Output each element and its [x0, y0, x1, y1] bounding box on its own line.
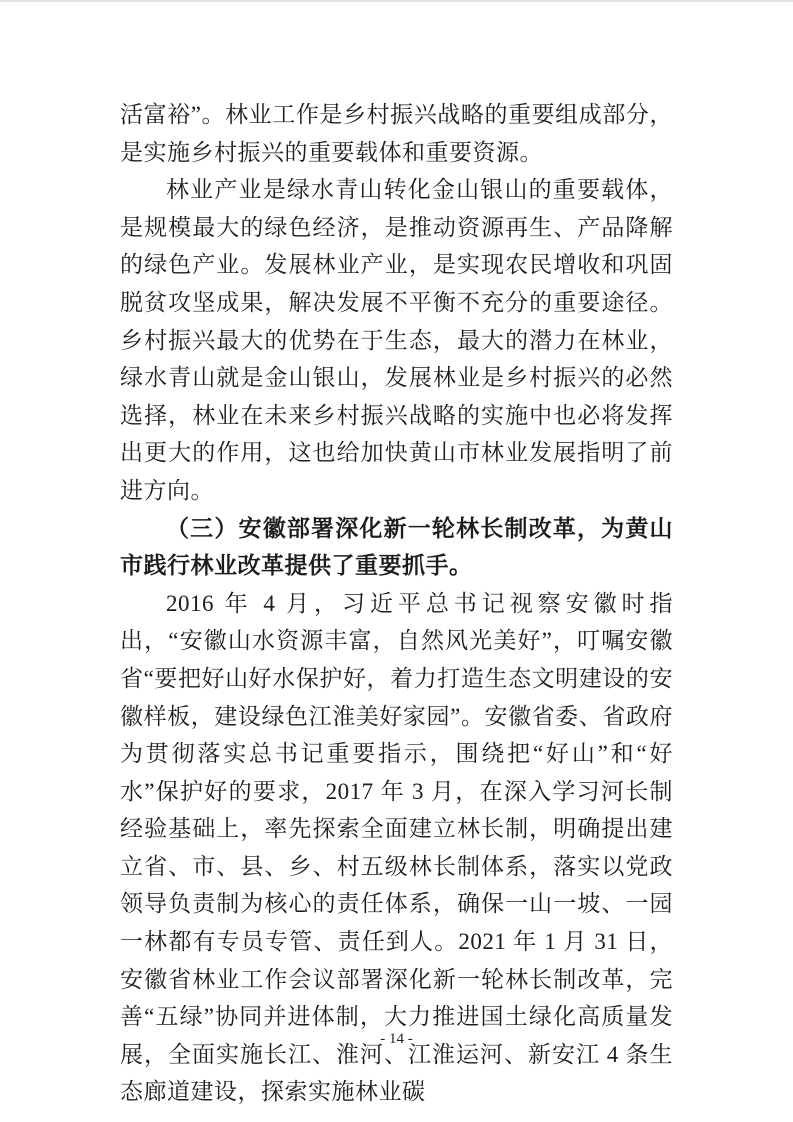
- document-body: 活富裕”。林业工作是乡村振兴战略的重要组成部分，是实施乡村振兴的重要载体和重要资…: [120, 96, 673, 1111]
- document-page: { "page": { "background_color": "#ffffff…: [0, 0, 793, 1122]
- page-number: - 14 -: [380, 1031, 413, 1047]
- page-top-edge: [0, 0, 793, 2]
- paragraph-forestry-industry: 林业产业是绿水青山转化金山银山的重要载体，是规模最大的绿色经济，是推动资源再生、…: [120, 171, 673, 509]
- section-heading-3: （三）安徽部署深化新一轮林长制改革，为黄山市践行林业改革提供了重要抓手。: [120, 510, 673, 585]
- paragraph-continuation: 活富裕”。林业工作是乡村振兴战略的重要组成部分，是实施乡村振兴的重要载体和重要资…: [120, 96, 673, 171]
- page-footer: - 14 -: [0, 1031, 793, 1048]
